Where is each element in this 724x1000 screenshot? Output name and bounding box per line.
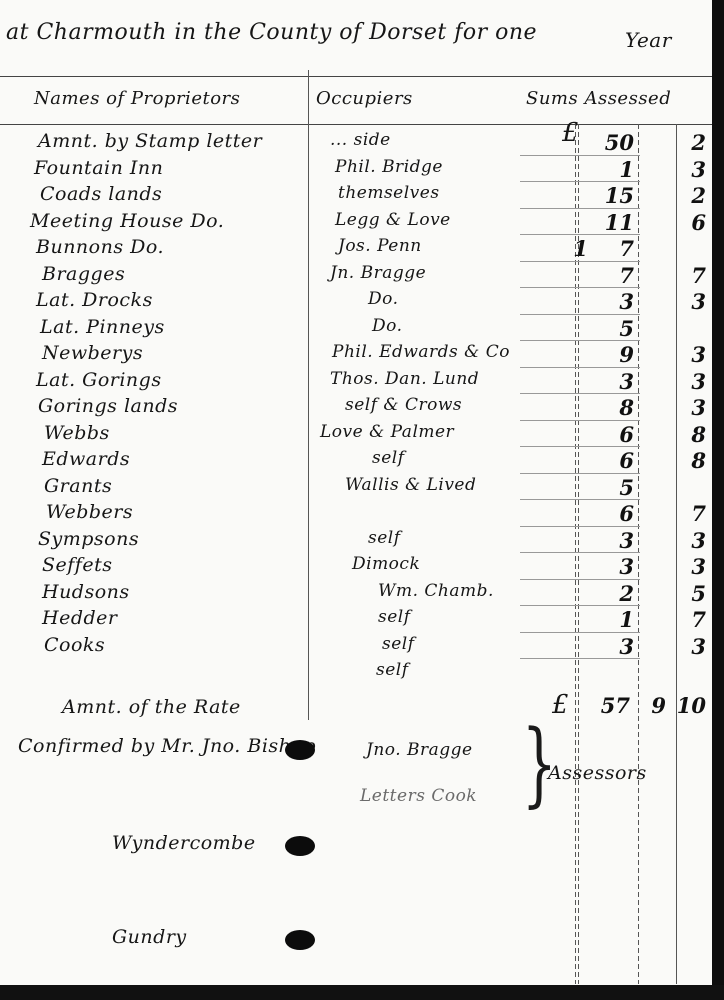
occupier-name: Dimock [352,554,420,574]
scan-edge-bottom [0,985,724,1000]
scan-edge-right [712,0,724,1000]
row-rule [520,181,640,182]
proprietor-name: Bragges [42,263,125,285]
amount-shillings: 3 [590,289,634,314]
row-rule [520,234,640,235]
occupier-name: Legg & Love [335,210,451,230]
occupier-name: self & Crows [345,395,462,415]
occupier-name: Jos. Penn [338,236,422,256]
occupier-name: Jn. Bragge [330,263,426,283]
amount-pence: 3 [676,634,706,659]
occupier-name: Do. [372,316,402,336]
wax-seal-3 [285,930,315,950]
amount-shillings: 3 [590,634,634,659]
row-rule [520,340,640,341]
amount-shillings: 6 [590,501,634,526]
proprietor-name: Sympsons [38,528,139,550]
header-bottom-rule [0,124,712,125]
amount-shillings: 5 [590,316,634,341]
occupier-name: Do. [368,289,398,309]
amount-shillings: 6 [590,422,634,447]
amount-pence: 3 [676,289,706,314]
assessors-label: Assessors [548,762,647,784]
proprietor-name: Gorings lands [38,395,178,417]
row-rule [520,314,640,315]
amount-shillings: 11 [590,210,634,235]
amount-pence: 3 [676,157,706,182]
signatory-1: Wyndercombe [112,832,256,854]
row-rule [520,261,640,262]
pound-sign-header: £ [562,118,579,148]
header-occupiers: Occupiers [316,88,413,109]
amount-shillings: 7 [590,236,634,261]
proprietor-name: Seffets [42,554,112,576]
total-pence: 10 [676,693,706,718]
amount-pence: 5 [676,581,706,606]
amount-shillings: 15 [590,183,634,208]
amount-pence: 7 [676,607,706,632]
amount-pence: 7 [676,501,706,526]
proprietor-name: Lat. Gorings [36,369,162,391]
amount-shillings: 8 [590,395,634,420]
proprietor-name: Fountain Inn [34,157,163,179]
amount-pence: 2 [676,183,706,208]
amount-pence: 7 [676,263,706,288]
proprietor-name: Edwards [42,448,130,470]
proprietor-name: Webbs [44,422,110,444]
total-shillings: 9 [636,693,666,718]
occupier-name: Wm. Chamb. [378,581,494,601]
amount-pence: 6 [676,210,706,235]
occupier-name: self [372,448,405,468]
row-rule [520,287,640,288]
occupier-name: self [376,660,409,680]
assessor-2: Letters Cook [360,786,477,806]
amount-pence: 3 [676,528,706,553]
signatory-2: Gundry [112,926,187,948]
amount-shillings: 1 [590,157,634,182]
occupier-name: Phil. Edwards & Co [332,342,510,362]
proprietor-name: Meeting House Do. [30,210,224,232]
amount-pence: 2 [676,130,706,155]
amount-shillings: 6 [590,448,634,473]
occupier-name: Wallis & Lived [345,475,476,495]
amount-pence: 3 [676,369,706,394]
tax-period-label: Year [625,28,672,52]
row-rule [520,605,640,606]
proprietor-name: Hedder [42,607,117,629]
row-rule [520,393,640,394]
amount-shillings: 3 [590,369,634,394]
proprietor-name: Newberys [42,342,143,364]
proprietor-name: Lat. Drocks [36,289,153,311]
proprietor-name: Lat. Pinneys [40,316,165,338]
occupier-name: Thos. Dan. Lund [330,369,479,389]
amount-shillings: 50 [590,130,634,155]
amount-shillings: 1 [590,607,634,632]
column-divider-occupiers [308,70,309,720]
proprietor-name: Cooks [44,634,105,656]
amount-shillings: 5 [590,475,634,500]
proprietor-name: Hudsons [42,581,130,603]
total-pounds: 57 [580,693,630,718]
amount-pence: 8 [676,422,706,447]
amount-pence: 3 [676,395,706,420]
row-rule [520,473,640,474]
proprietor-name: Amnt. by Stamp letter [38,130,262,152]
row-rule [520,526,640,527]
row-rule [520,499,640,500]
wax-seal-1 [285,740,315,760]
amount-pounds: 1 [548,236,588,261]
wax-seal-2 [285,836,315,856]
proprietor-name: Bunnons Do. [36,236,164,258]
row-rule [520,367,640,368]
assessor-1: Jno. Bragge [366,740,473,760]
amount-shillings: 3 [590,528,634,553]
amount-pence: 8 [676,448,706,473]
row-rule [520,155,640,156]
row-rule [520,552,640,553]
occupier-name: ... side [330,130,391,150]
proprietor-name: Coads lands [40,183,162,205]
occupier-name: self [382,634,415,654]
header-sums-assessed: Sums Assessed [526,88,671,109]
amount-pence: 3 [676,342,706,367]
row-rule [520,420,640,421]
occupier-name: self [368,528,401,548]
row-rule [520,446,640,447]
document-title: at Charmouth in the County of Dorset for… [6,20,537,45]
occupier-name: themselves [338,183,440,203]
row-rule [520,208,640,209]
row-rule [520,658,640,659]
occupier-name: self [378,607,411,627]
amount-shillings: 9 [590,342,634,367]
proprietor-name: Grants [44,475,112,497]
row-rule [520,632,640,633]
column-divider-shillings [638,124,639,984]
proprietor-name: Webbers [46,501,133,523]
amount-shillings: 7 [590,263,634,288]
occupier-name: Love & Palmer [320,422,454,442]
header-top-rule [0,76,712,77]
amount-pence: 3 [676,554,706,579]
document-page: at Charmouth in the County of Dorset for… [0,0,712,985]
header-proprietors: Names of Proprietors [34,88,240,109]
confirmation-label: Confirmed by Mr. Jno. Bishop [18,735,316,757]
row-rule [520,579,640,580]
amount-shillings: 3 [590,554,634,579]
total-label: Amnt. of the Rate [62,696,241,718]
occupier-name: Phil. Bridge [335,157,443,177]
amount-shillings: 2 [590,581,634,606]
